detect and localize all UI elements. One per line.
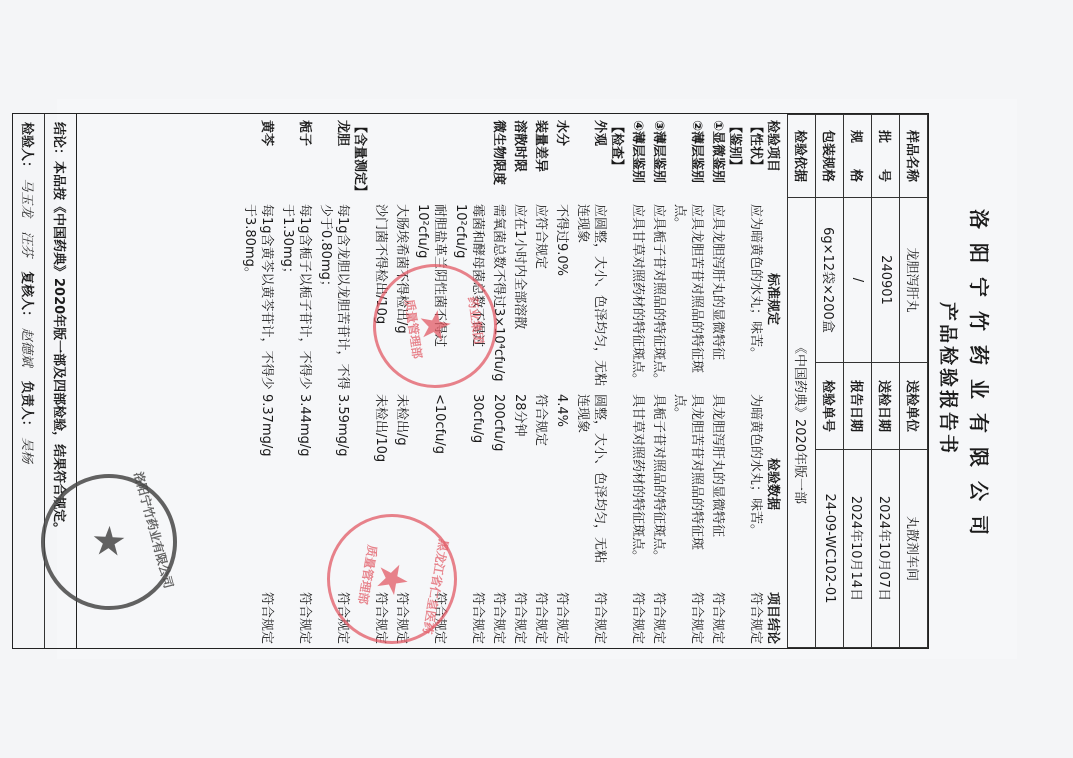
item-name: 【含量测定】 bbox=[351, 120, 368, 204]
standard-spec bbox=[726, 204, 743, 394]
info-row: 规 格 / 报告日期 2024年10月14日 bbox=[844, 115, 872, 648]
item-name bbox=[414, 120, 448, 204]
item-name: 龙胆 bbox=[317, 120, 351, 204]
info-row: 包装规格 6g×12袋×200盒 检验单号 24-09-WC102-01 bbox=[816, 115, 844, 648]
item-name bbox=[393, 120, 410, 204]
result-row: 黄芩每1g含黄芩以黄芩苷计，不得少于3.80mg。9.37mg/g符合规定 bbox=[241, 120, 275, 642]
section-heading: 【鉴别】 bbox=[726, 120, 743, 642]
report-no-label: 检验单号 bbox=[816, 363, 844, 450]
item-name: 装量差异 bbox=[532, 120, 549, 204]
manager-label: 负责人： bbox=[19, 381, 34, 433]
standard-spec: 每1g含黄芩以黄芩苷计，不得少于3.80mg。 bbox=[241, 204, 275, 394]
test-data: 4.4% bbox=[553, 394, 570, 574]
header-data: 检验数据 bbox=[764, 394, 781, 574]
inspector-label: 检验人： bbox=[19, 122, 34, 174]
result-row: 外观应圆整，大小、色泽均匀，无粘连现象圆整，大小、色泽均匀，无粘连现象符合规定 bbox=[574, 120, 608, 642]
item-name: 外观 bbox=[574, 120, 608, 204]
inspector-signature-1: 马玉龙 bbox=[19, 179, 34, 218]
header-result: 项目结论 bbox=[764, 574, 781, 644]
item-name: 溶散时限 bbox=[511, 120, 528, 204]
standard-spec: 应为暗黄色的水丸；味苦。 bbox=[747, 204, 764, 394]
test-data: 具甘草对照药材的特征斑点。 bbox=[629, 394, 646, 574]
results-list: 【性状】应为暗黄色的水丸；味苦。为暗黄色的水丸；味苦。符合规定【鉴别】①显微鉴别… bbox=[237, 120, 764, 642]
item-result bbox=[726, 574, 743, 644]
standard-spec: 不得过9.0% bbox=[553, 204, 570, 394]
info-row: 样品名称 龙胆泻肝丸 送检单位 丸散剂车间 bbox=[900, 115, 928, 648]
test-data: 9.37mg/g bbox=[241, 394, 275, 574]
standard-spec bbox=[351, 204, 368, 394]
result-row: 溶散时限应在1小时内全部溶散28分钟符合规定 bbox=[511, 120, 528, 642]
standard-spec: 每1g含栀子以栀子苷计，不得少于1.30mg； bbox=[279, 204, 313, 394]
item-result: 符合规定 bbox=[650, 574, 667, 644]
item-name: 栀子 bbox=[279, 120, 313, 204]
test-data: 具栀子苷对照品的特征斑点。 bbox=[650, 394, 667, 574]
package-value: 6g×12袋×200盒 bbox=[816, 198, 844, 363]
item-name: 微生物限度 bbox=[490, 120, 507, 204]
header-standard: 标准规定 bbox=[764, 204, 781, 394]
item-result: 符合规定 bbox=[671, 574, 705, 644]
sender-value: 丸散剂车间 bbox=[900, 450, 928, 648]
item-result: 符合规定 bbox=[511, 574, 528, 644]
reviewer-signature: 赵德斌 bbox=[19, 328, 34, 367]
test-data: 为暗黄色的水丸；味苦。 bbox=[747, 394, 764, 574]
item-result: 符合规定 bbox=[574, 574, 608, 644]
item-name: 【鉴别】 bbox=[726, 120, 743, 204]
item-name: ④薄层鉴别 bbox=[629, 120, 646, 204]
standard-spec: 每1g含龙胆以龙胆苦苷计，不得少于0.80mg； bbox=[317, 204, 351, 394]
batch-label: 批 号 bbox=[872, 115, 900, 198]
result-row: 装量差异应符合规定符合规定符合规定 bbox=[532, 120, 549, 642]
report-page: 洛阳宁竹药业有限公司 产品检验报告书 样品名称 龙胆泻肝丸 送检单位 丸散剂车间… bbox=[57, 99, 1017, 659]
result-row: 水分不得过9.0%4.4%符合规定 bbox=[553, 120, 570, 642]
item-result: 符合规定 bbox=[241, 574, 275, 644]
result-row: ①显微鉴别应具龙胆泻肝丸的显微特征具龙胆泻肝丸的显微特征符合规定 bbox=[709, 120, 726, 642]
standard-spec bbox=[608, 204, 625, 394]
item-name bbox=[452, 120, 486, 204]
sender-label: 送检单位 bbox=[900, 363, 928, 450]
test-data bbox=[608, 394, 625, 574]
reviewer-label: 复核人： bbox=[19, 271, 34, 323]
standard-spec: 应具龙胆泻肝丸的显微特征 bbox=[709, 204, 726, 394]
batch-value: 240901 bbox=[872, 198, 900, 363]
standard-spec: 应具栀子苷对照品的特征斑点。 bbox=[650, 204, 667, 394]
info-row: 批 号 240901 送检日期 2024年10月07日 bbox=[872, 115, 900, 648]
manager-signature: 吴杨 bbox=[19, 437, 34, 463]
test-data: 符合规定 bbox=[532, 394, 549, 574]
submit-date-label: 送检日期 bbox=[872, 363, 900, 450]
document-title: 产品检验报告书 bbox=[936, 99, 963, 659]
item-name: ②薄层鉴别 bbox=[671, 120, 705, 204]
standard-spec: 应符合规定 bbox=[532, 204, 549, 394]
standard-spec: 应圆整，大小、色泽均匀，无粘连现象 bbox=[574, 204, 608, 394]
test-data: 3.44mg/g bbox=[279, 394, 313, 574]
item-name: ③薄层鉴别 bbox=[650, 120, 667, 204]
manager-field: 负责人： 吴杨 bbox=[19, 381, 38, 464]
spec-value: / bbox=[844, 198, 872, 363]
test-data: 圆整，大小、色泽均匀，无粘连现象 bbox=[574, 394, 608, 574]
item-name: ①显微鉴别 bbox=[709, 120, 726, 204]
signature-line: 检验人： 马玉龙 汪芬 复核人： 赵德斌 负责人： 吴杨 bbox=[13, 114, 44, 648]
section-heading: 【检查】 bbox=[608, 120, 625, 642]
inspector-signature-2: 汪芬 bbox=[19, 231, 34, 257]
report-date-label: 报告日期 bbox=[844, 363, 872, 450]
result-row: ③薄层鉴别应具栀子苷对照品的特征斑点。具栀子苷对照品的特征斑点。符合规定 bbox=[650, 120, 667, 642]
spec-label: 规 格 bbox=[844, 115, 872, 198]
report-sheet: 样品名称 龙胆泻肝丸 送检单位 丸散剂车间 批 号 240901 送检日期 20… bbox=[12, 113, 929, 649]
item-result: 符合规定 bbox=[553, 574, 570, 644]
standard-spec: 需氧菌总数不得过3×10⁴cfu/g bbox=[490, 204, 507, 394]
info-row: 检验依据 《中国药典》2020年版一部 bbox=[788, 115, 816, 648]
basis-label: 检验依据 bbox=[788, 115, 816, 198]
sample-name-value: 龙胆泻肝丸 bbox=[900, 198, 928, 363]
item-name bbox=[372, 120, 389, 204]
header-item: 检验项目 bbox=[764, 120, 781, 204]
basis-value: 《中国药典》2020年版一部 bbox=[788, 198, 816, 648]
sample-name-label: 样品名称 bbox=[900, 115, 928, 198]
result-row: ④薄层鉴别应具甘草对照药材的特征斑点。具甘草对照药材的特征斑点。符合规定 bbox=[629, 120, 646, 642]
item-result: 符合规定 bbox=[532, 574, 549, 644]
result-row: 【性状】应为暗黄色的水丸；味苦。为暗黄色的水丸；味苦。符合规定 bbox=[747, 120, 764, 642]
item-result: 符合规定 bbox=[490, 574, 507, 644]
test-data: 200cfu/g bbox=[490, 394, 507, 574]
results-section: 检验项目 标准规定 检验数据 项目结论 【性状】应为暗黄色的水丸；味苦。为暗黄色… bbox=[77, 114, 787, 648]
star-icon: ★ bbox=[85, 519, 133, 564]
result-row: 栀子每1g含栀子以栀子苷计，不得少于1.30mg；3.44mg/g符合规定 bbox=[279, 120, 313, 642]
standard-spec: 应具龙胆苦苷对照品的特征斑点。 bbox=[671, 204, 705, 394]
item-name: 水分 bbox=[553, 120, 570, 204]
company-name: 洛阳宁竹药业有限公司 bbox=[966, 99, 995, 659]
item-result: 符合规定 bbox=[709, 574, 726, 644]
item-name: 黄芩 bbox=[241, 120, 275, 204]
info-table: 样品名称 龙胆泻肝丸 送检单位 丸散剂车间 批 号 240901 送检日期 20… bbox=[787, 114, 928, 648]
item-name: 【检查】 bbox=[608, 120, 625, 204]
report-no-value: 24-09-WC102-01 bbox=[816, 450, 844, 648]
results-header: 检验项目 标准规定 检验数据 项目结论 bbox=[764, 120, 781, 642]
test-data: 30cfu/g bbox=[452, 394, 486, 574]
item-result: 符合规定 bbox=[629, 574, 646, 644]
test-data: 具龙胆苦苷对照品的特征斑点。 bbox=[671, 394, 705, 574]
inspector-field: 检验人： 马玉龙 汪芬 bbox=[19, 122, 38, 257]
test-data: 28分钟 bbox=[511, 394, 528, 574]
result-row: ②薄层鉴别应具龙胆苦苷对照品的特征斑点。具龙胆苦苷对照品的特征斑点。符合规定 bbox=[671, 120, 705, 642]
report-date-value: 2024年10月14日 bbox=[844, 450, 872, 648]
test-data: 具龙胆泻肝丸的显微特征 bbox=[709, 394, 726, 574]
test-data bbox=[726, 394, 743, 574]
item-result: 符合规定 bbox=[747, 574, 764, 644]
reviewer-field: 复核人： 赵德斌 bbox=[19, 271, 38, 367]
item-result bbox=[608, 574, 625, 644]
item-result: 符合规定 bbox=[452, 574, 486, 644]
package-label: 包装规格 bbox=[816, 115, 844, 198]
result-row: 微生物限度需氧菌总数不得过3×10⁴cfu/g200cfu/g符合规定 bbox=[490, 120, 507, 642]
standard-spec: 应在1小时内全部溶散 bbox=[511, 204, 528, 394]
item-name: 【性状】 bbox=[747, 120, 764, 204]
submit-date-value: 2024年10月07日 bbox=[872, 450, 900, 648]
item-result: 符合规定 bbox=[279, 574, 313, 644]
standard-spec: 应具甘草对照药材的特征斑点。 bbox=[629, 204, 646, 394]
